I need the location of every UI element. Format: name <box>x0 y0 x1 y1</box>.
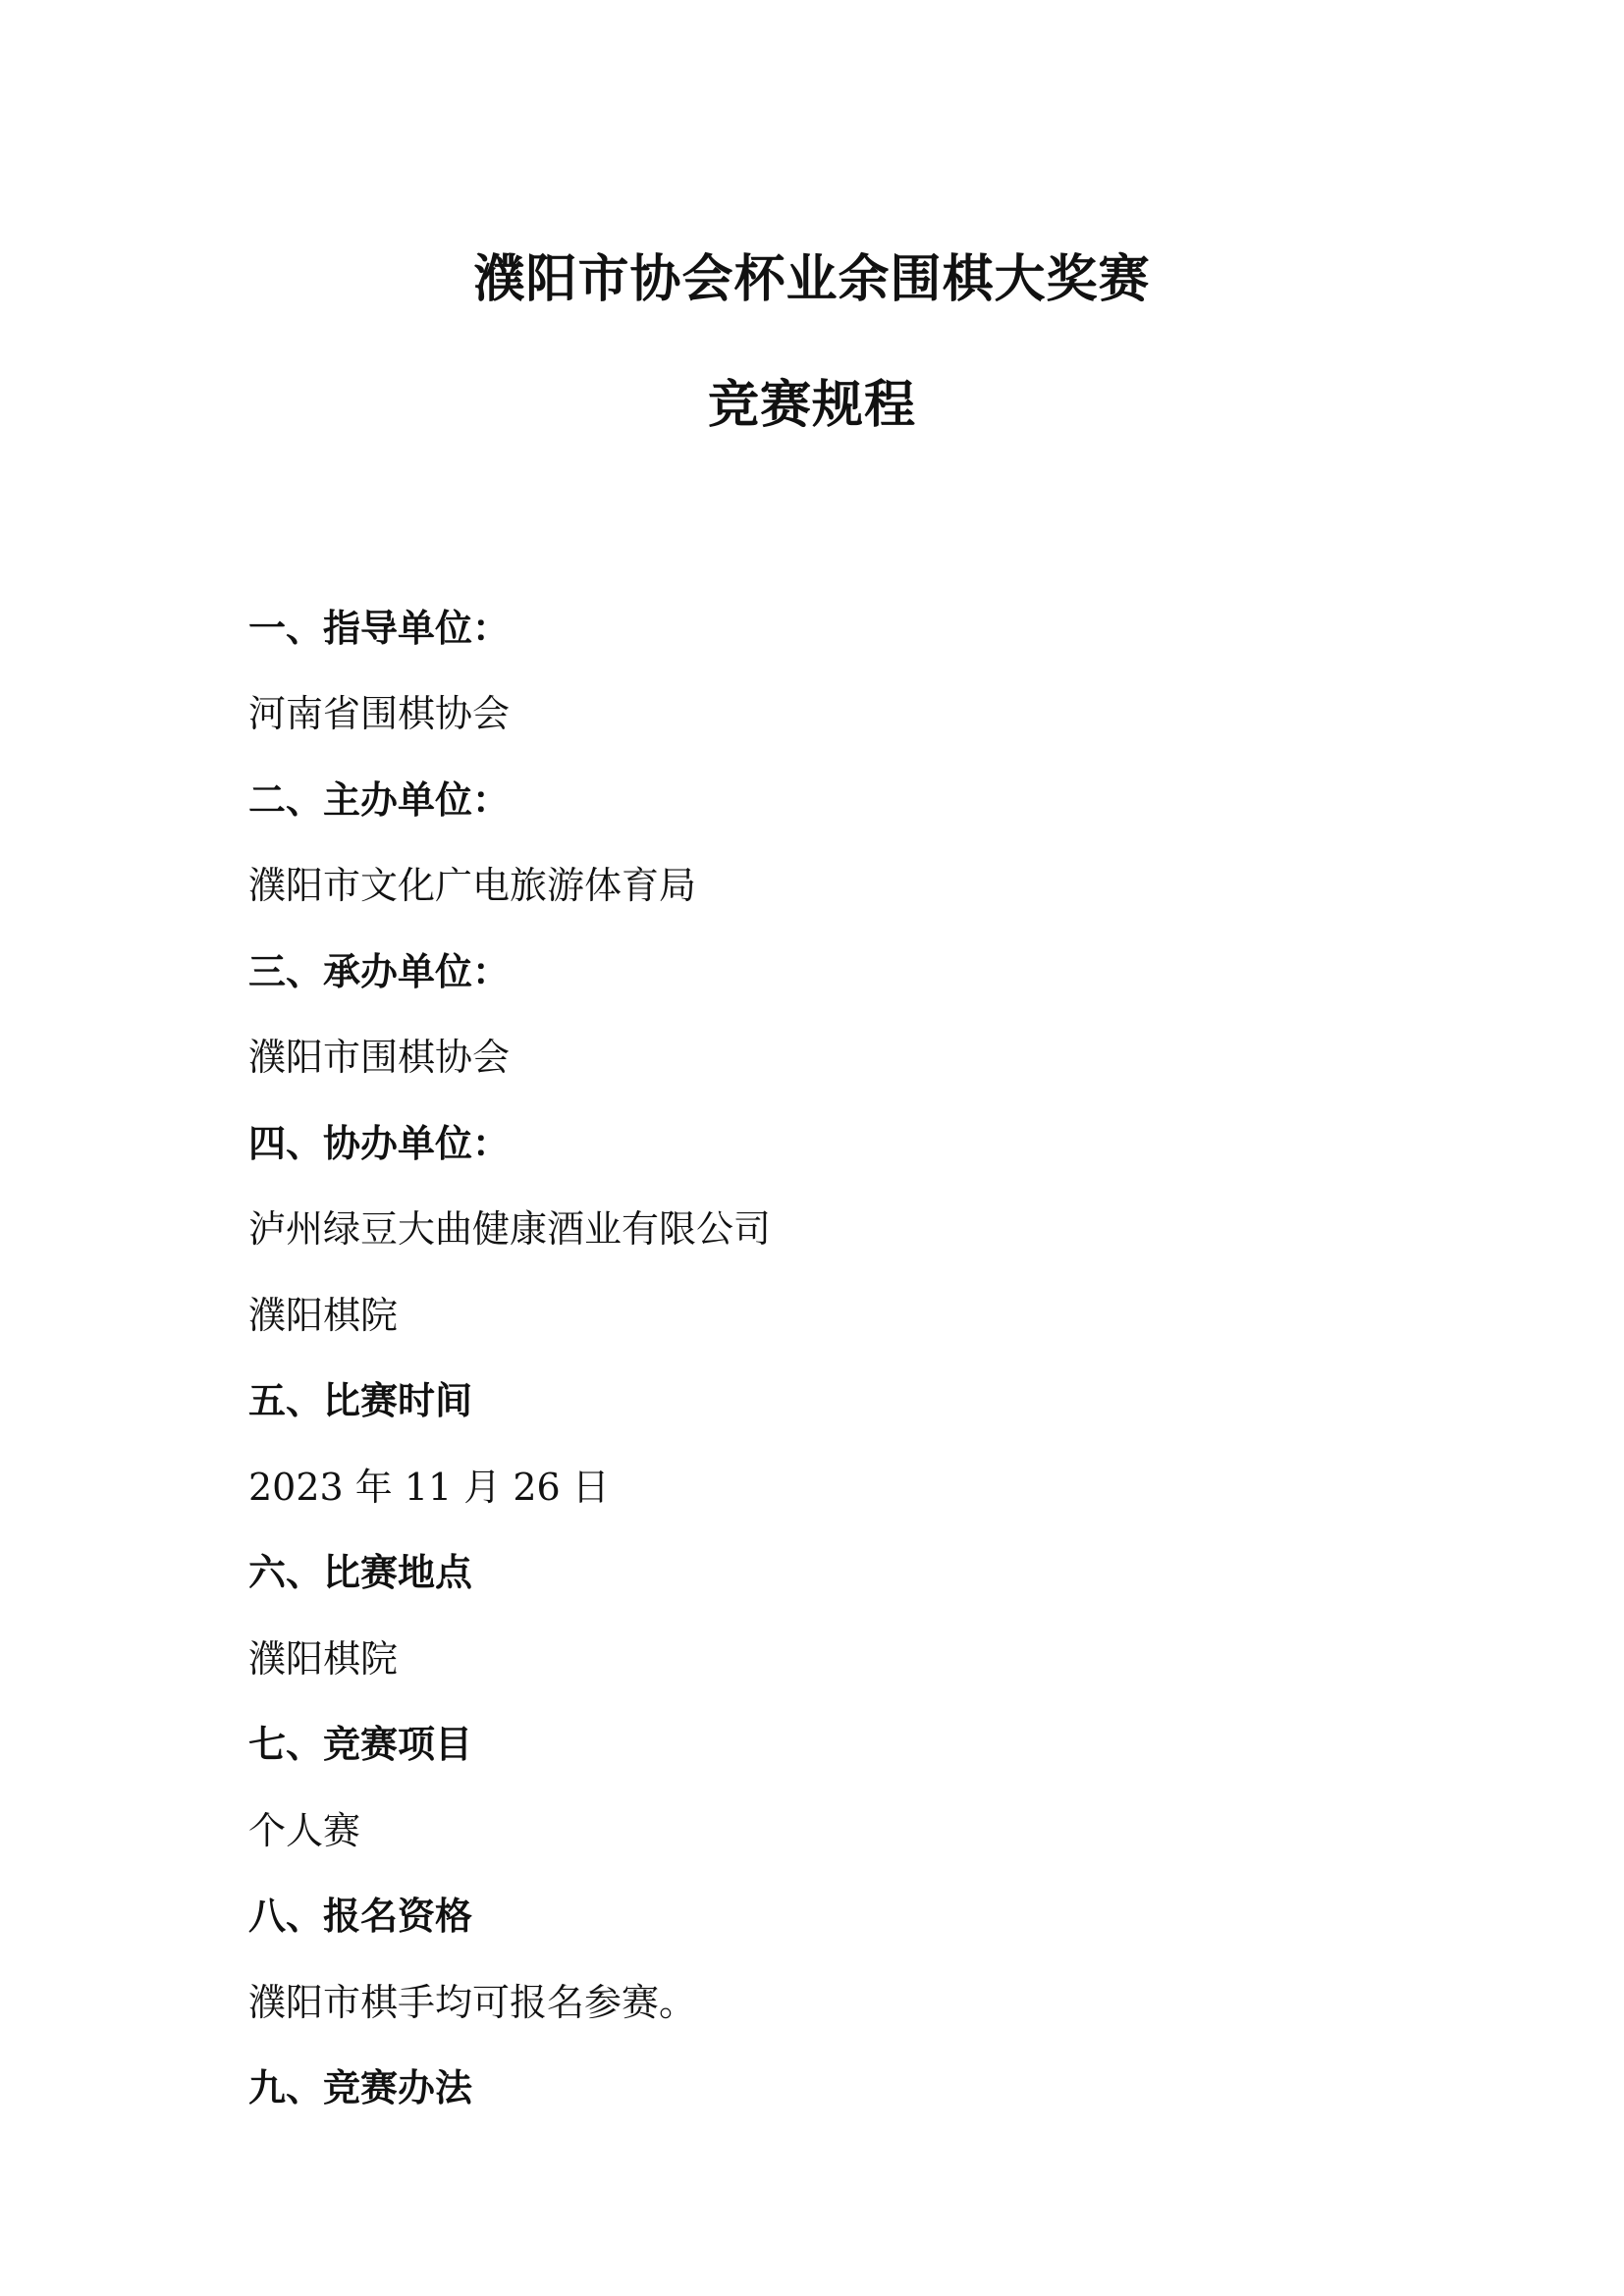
section-content-4b: 濮阳棋院 <box>248 1294 398 1337</box>
section-heading-4: 四、协办单位： <box>248 1122 510 1165</box>
section-heading-9: 九、竞赛办法 <box>248 2066 472 2109</box>
section-content-4a: 泸州绿豆大曲健康酒业有限公司 <box>248 1207 771 1251</box>
document-subtitle: 竞赛规程 <box>0 363 1624 437</box>
document-title: 濮阳市协会杯业余围棋大奖赛 <box>0 238 1624 311</box>
section-heading-7: 七、竞赛项目 <box>248 1723 472 1766</box>
section-heading-1: 一、指导单位： <box>248 607 510 650</box>
section-content-2: 濮阳市文化广电旅游体育局 <box>248 864 696 907</box>
section-heading-2: 二、主办单位： <box>248 778 510 822</box>
section-content-3: 濮阳市围棋协会 <box>248 1036 510 1079</box>
section-content-7: 个人赛 <box>248 1809 360 1852</box>
section-content-8: 濮阳市棋手均可报名参赛。 <box>248 1981 696 2024</box>
section-heading-8: 八、报名资格 <box>248 1895 472 1938</box>
section-content-1: 河南省围棋协会 <box>248 692 510 735</box>
section-heading-3: 三、承办单位： <box>248 950 510 993</box>
section-content-6: 濮阳棋院 <box>248 1637 398 1681</box>
section-heading-6: 六、比赛地点 <box>248 1551 472 1594</box>
section-heading-5: 五、比赛时间 <box>248 1379 472 1422</box>
section-content-5: 2023 年 11 月 26 日 <box>248 1466 610 1509</box>
